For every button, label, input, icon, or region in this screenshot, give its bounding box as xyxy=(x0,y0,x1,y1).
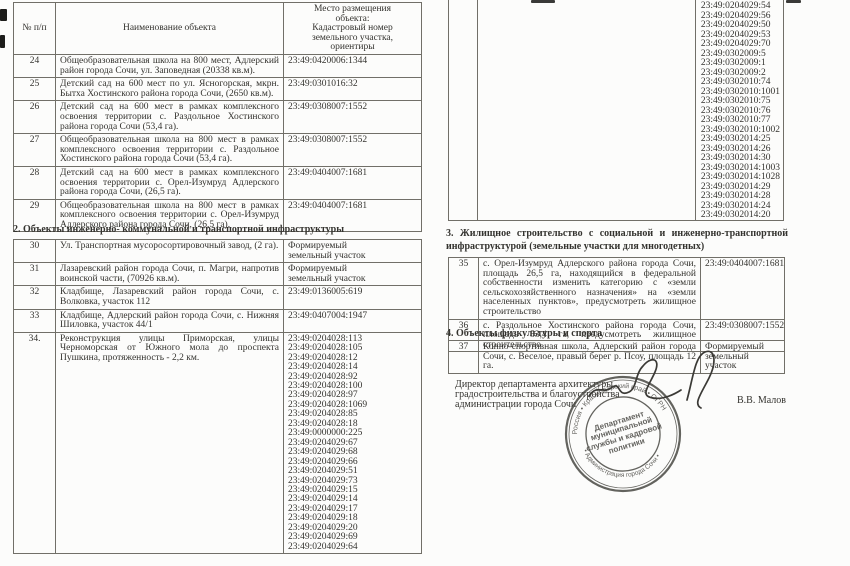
row-number-cell: 33 xyxy=(14,309,56,332)
continuation-table: 23:49:0204029:54 23:49:0204029:56 23:49:… xyxy=(448,0,784,221)
table-row: 25 Детский сад на 600 мест по ул. Ясного… xyxy=(14,78,422,101)
location-cell: 23:49:0407004:1947 xyxy=(284,309,422,332)
location-cell: 23:49:0136005:619 xyxy=(284,286,422,309)
empty-number-cell xyxy=(448,0,478,220)
table-header-row: № п/п Наименование объекта Место размеще… xyxy=(14,3,422,55)
section-2-title: 2. Объекты инженерно- коммунальной и тра… xyxy=(13,224,421,237)
object-name-cell: Кладбище, Адлерский район города Сочи, с… xyxy=(56,309,284,332)
objects-table-social: № п/п Наименование объекта Место размеще… xyxy=(13,2,422,232)
location-cell: Формируемый земельный участок xyxy=(284,263,422,286)
row-number-cell: 31 xyxy=(14,263,56,286)
row-number-cell: 32 xyxy=(14,286,56,309)
object-name-cell: Общеобразовательная школа на 800 мест, А… xyxy=(56,54,284,77)
object-name-cell: Общеобразовательная школа на 800 мест в … xyxy=(56,134,284,167)
section-4-title: 4. Объекты физкультуры и спорта xyxy=(446,328,788,341)
location-cell: 23:49:0308007:1552 xyxy=(284,134,422,167)
signatory-name: В.В. Малов xyxy=(737,395,786,406)
row-number-cell: 34. xyxy=(14,332,56,553)
row-number-cell: 35 xyxy=(449,258,479,320)
object-name-cell: Детский сад на 600 мест в рамках комплек… xyxy=(56,166,284,199)
col-header-object-name: Наименование объекта xyxy=(56,3,284,55)
handwritten-signature xyxy=(583,344,743,422)
location-cell: Формируемый земельный участок xyxy=(284,240,422,263)
object-name-cell: Кладбище, Лазаревский район города Сочи,… xyxy=(56,286,284,309)
row-number-cell: 30 xyxy=(14,240,56,263)
cadastral-numbers-list: 23:49:0204029:54 23:49:0204029:56 23:49:… xyxy=(701,2,780,221)
location-cell: 23:49:0404007:1681 xyxy=(284,166,422,199)
empty-name-cell xyxy=(478,0,696,220)
location-cell: 23:49:0308007:1552 xyxy=(284,101,422,134)
object-name-cell: Реконструкция улицы Приморская, улицы Че… xyxy=(56,332,284,553)
table-row: 28 Детский сад на 600 мест в рамках комп… xyxy=(14,166,422,199)
location-cell: 23:49:0404007:1681 xyxy=(701,258,785,320)
row-number-cell: 25 xyxy=(14,78,56,101)
table-row: 24 Общеобразовательная школа на 800 мест… xyxy=(14,54,422,77)
table-row: 26 Детский сад на 600 мест в рамках комп… xyxy=(14,101,422,134)
row-number-cell: 24 xyxy=(14,54,56,77)
scan-artifact xyxy=(0,9,7,21)
cadastral-numbers-list: 23:49:0204028:113 23:49:0204028:105 23:4… xyxy=(284,332,422,553)
row-number-cell: 26 xyxy=(14,101,56,134)
table-row: 32 Кладбище, Лазаревский район города Со… xyxy=(14,286,422,309)
object-name-cell: Детский сад на 600 мест по ул. Ясногорск… xyxy=(56,78,284,101)
location-cell: 23:49:0301016:32 xyxy=(284,78,422,101)
col-header-location: Место размещения объекта: Кадастровый но… xyxy=(284,3,422,55)
row-number-cell: 28 xyxy=(14,166,56,199)
scan-artifact xyxy=(531,0,555,3)
table-row: 35 с. Орел-Изумруд Адлерского района гор… xyxy=(449,258,785,320)
location-cell: 23:49:0204029:54 23:49:0204029:56 23:49:… xyxy=(696,0,784,220)
objects-table-infrastructure: 30 Ул. Транспортная мусоросортировочный … xyxy=(13,239,422,554)
table-row: 33 Кладбище, Адлерский район города Сочи… xyxy=(14,309,422,332)
location-cell: 23:49:0420006:1344 xyxy=(284,54,422,77)
table-row: 31 Лазаревский район города Сочи, п. Маг… xyxy=(14,263,422,286)
object-name-cell: Ул. Транспортная мусоросортировочный зав… xyxy=(56,240,284,263)
scan-artifact xyxy=(0,35,5,48)
row-number-cell: 27 xyxy=(14,134,56,167)
row-number-cell: 37 xyxy=(449,341,479,374)
section-3-title: 3. Жилищное строительство с социальной и… xyxy=(446,228,788,253)
scanned-document-sheet: № п/п Наименование объекта Место размеще… xyxy=(0,0,850,566)
object-name-cell: Лазаревский район города Сочи, п. Магри,… xyxy=(56,263,284,286)
object-name-cell: с. Орел-Изумруд Адлерского района города… xyxy=(479,258,701,320)
scan-artifact xyxy=(786,0,801,3)
object-name-cell: Детский сад на 600 мест в рамках комплек… xyxy=(56,101,284,134)
table-row: 30 Ул. Транспортная мусоросортировочный … xyxy=(14,240,422,263)
table-row: 27 Общеобразовательная школа на 800 мест… xyxy=(14,134,422,167)
col-header-number: № п/п xyxy=(14,3,56,55)
table-row: 34. Реконструкция улицы Приморская, улиц… xyxy=(14,332,422,553)
